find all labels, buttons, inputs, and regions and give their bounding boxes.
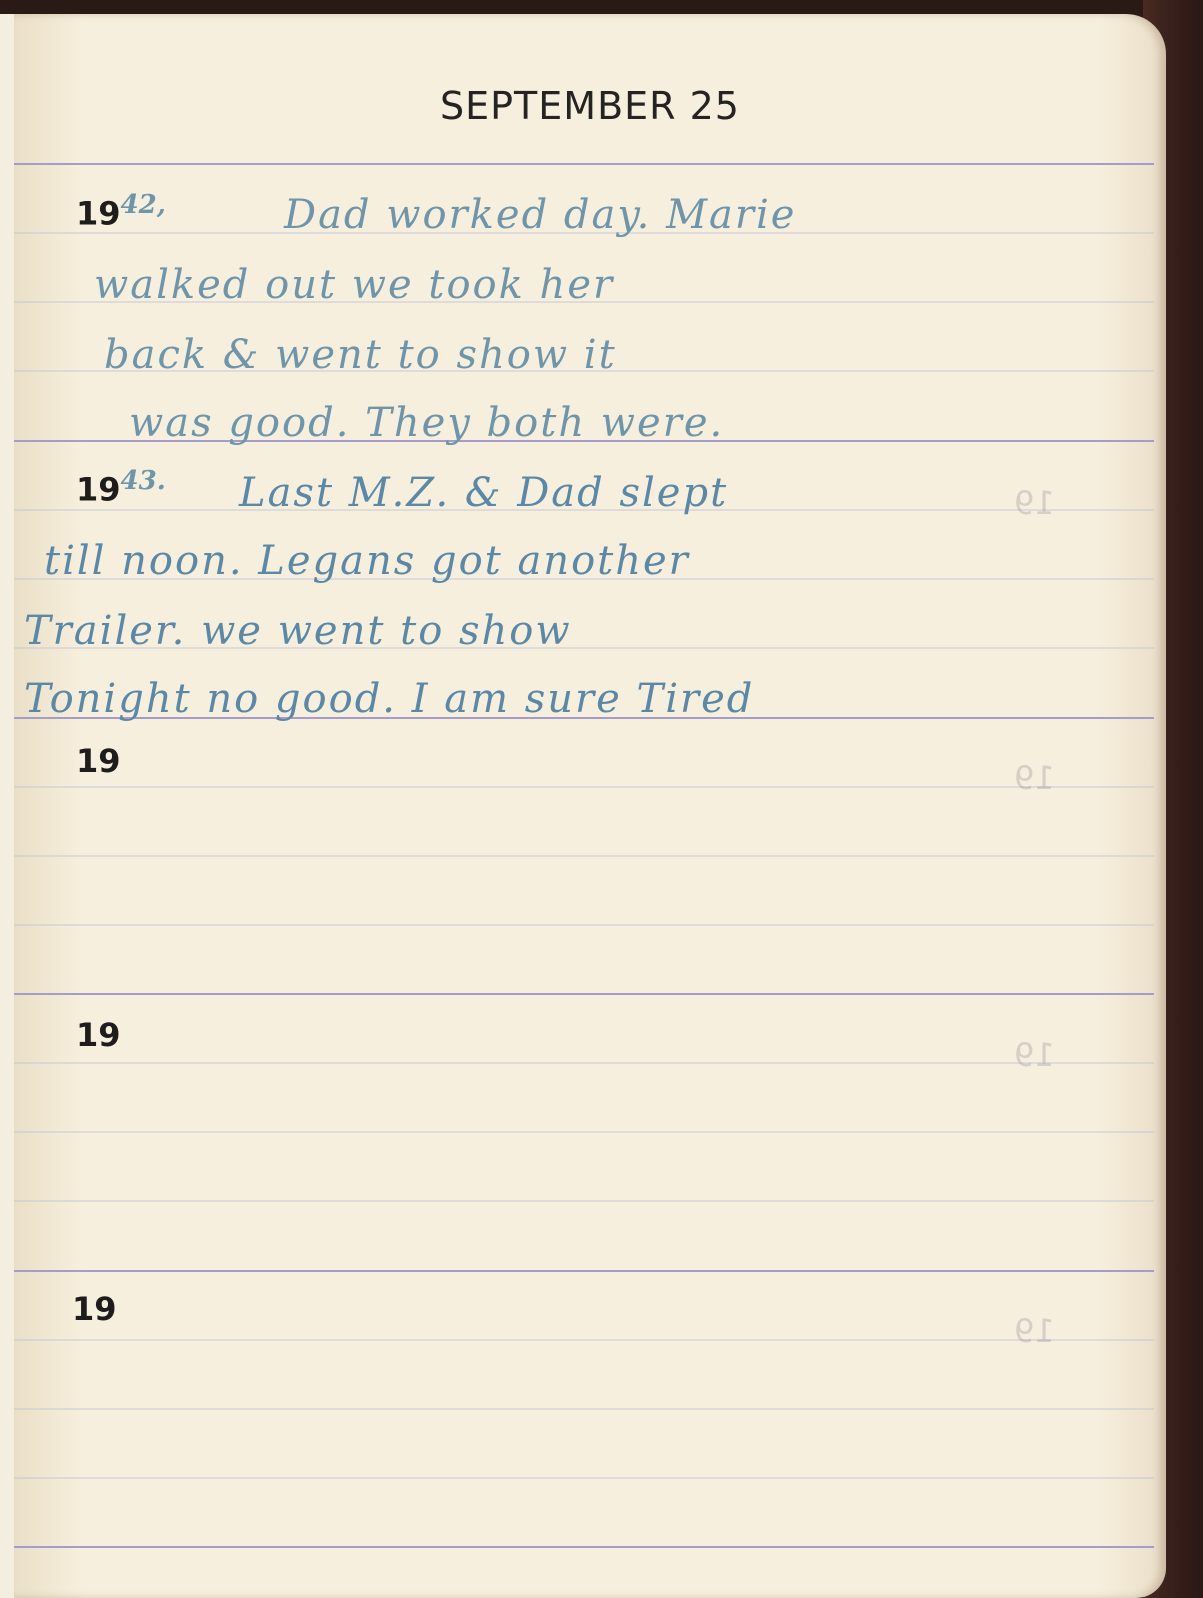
ruled-line: [14, 1339, 1154, 1341]
previous-page-edge: [0, 14, 15, 1598]
show-through-year: 19: [1014, 484, 1055, 522]
handwritten-line: Dad worked day. Marie: [284, 192, 796, 238]
show-through-year: 19: [1014, 1036, 1055, 1074]
ruled-line: [14, 855, 1154, 857]
handwritten-line: back & went to show it: [104, 332, 617, 378]
ruled-line: [14, 1477, 1154, 1479]
ruled-line: [14, 1408, 1154, 1410]
year-suffix-handwritten: 43.: [121, 466, 166, 496]
section-divider: [14, 1270, 1154, 1272]
handwritten-line: walked out we took her: [94, 262, 614, 308]
page-heading-date: SEPTEMBER 25: [14, 84, 1166, 128]
year-label: 1942,: [76, 190, 166, 233]
ruled-line: [14, 786, 1154, 788]
ruled-line: [14, 1062, 1154, 1064]
show-through-year: 19: [1014, 1312, 1055, 1350]
handwritten-line: Last M.Z. & Dad slept: [239, 470, 728, 516]
year-prefix: 19: [76, 195, 121, 233]
year-label: 1943.: [76, 466, 166, 509]
year-label-empty: 19: [72, 1290, 117, 1328]
section-divider: [14, 163, 1154, 165]
section-divider: [14, 1546, 1154, 1548]
diary-page: SEPTEMBER 25 19 19 19 19 1942, Dad worke…: [14, 14, 1166, 1598]
year-label-empty: 19: [76, 742, 121, 780]
handwritten-line: Trailer. we went to show: [24, 608, 572, 654]
section-divider: [14, 993, 1154, 995]
ruled-line: [14, 1200, 1154, 1202]
year-suffix-handwritten: 42,: [121, 190, 166, 220]
year-label-empty: 19: [76, 1016, 121, 1054]
ruled-line: [14, 924, 1154, 926]
handwritten-line: Tonight no good. I am sure Tired: [24, 676, 754, 722]
handwritten-line: was good. They both were.: [129, 400, 724, 446]
show-through-year: 19: [1014, 759, 1055, 797]
ruled-line: [14, 1131, 1154, 1133]
handwritten-line: till noon. Legans got another: [44, 538, 690, 584]
year-prefix: 19: [76, 471, 121, 509]
